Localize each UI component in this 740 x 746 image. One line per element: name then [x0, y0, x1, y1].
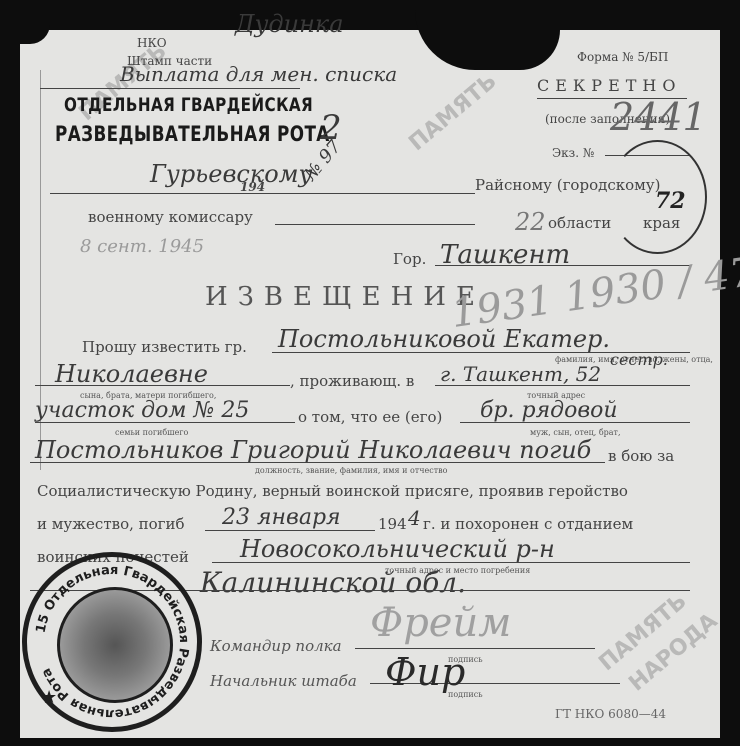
star-icon: ★ [41, 687, 57, 708]
rule [30, 462, 605, 463]
oblast-hand: 22 [515, 208, 546, 236]
secret-label: СЕКРЕТНО [537, 76, 682, 95]
signature-caption: подпись [448, 690, 483, 699]
unit-stamp-line1: ОТДЕЛЬНАЯ ГВАРДЕЙСКАЯ [64, 94, 313, 116]
rule [460, 422, 690, 423]
relation-value: бр. рядовой [480, 398, 618, 423]
rule [35, 422, 295, 423]
emblem-icon [57, 587, 173, 703]
torn-edge [0, 22, 50, 44]
handwritten-top: Дудинка [235, 10, 344, 38]
unit-stamp-line2: РАЗВЕДЫВАТЕЛЬНАЯ РОТА [55, 122, 330, 146]
oblast-label: области [548, 214, 611, 232]
burial-place: Новосокольнический р-н [240, 535, 555, 563]
rule [435, 385, 690, 386]
rule [355, 648, 595, 649]
year-prefix: 194 [240, 180, 265, 194]
caption: должность, звание, фамилия, имя и отчест… [255, 466, 447, 475]
death-label: и мужество, погиб [37, 515, 185, 533]
address-continued: участок дом № 25 [35, 398, 249, 423]
rule [35, 385, 290, 386]
handwritten-note: Выплата для мен. списка [120, 62, 397, 86]
residing-label: , проживающ. в [290, 372, 414, 390]
handwritten-district: Гурьевскому [150, 160, 312, 188]
document-title: ИЗВЕЩЕНИЕ [205, 282, 485, 312]
burial-label: г. и похоронен с отданием [423, 515, 633, 533]
address-value: г. Ташкент, 52 [440, 362, 601, 386]
chief-label: Начальник штаба [210, 672, 357, 690]
rule [212, 562, 690, 563]
krai-label: края [643, 214, 680, 232]
recipient-name: Постольниковой Екатер. [278, 325, 610, 353]
faint-note: 8 сент. 1945 [80, 236, 204, 257]
recipient-patronymic: Николаевне [55, 360, 208, 388]
copy-label: Экз. № [552, 146, 594, 160]
commander-label: Командир полка [210, 637, 342, 655]
commander-signature: Фрейм [370, 600, 511, 646]
torn-edge [415, 0, 560, 70]
rule [40, 88, 300, 89]
round-seal: 15 Отдельная Гвардейская Разведывательна… [22, 552, 202, 732]
org-label: НКО [137, 36, 167, 50]
print-code: ГТ НКО 6080—44 [555, 707, 666, 721]
body-line5: Социалистическую Родину, верный воинской… [37, 482, 628, 500]
burial-oblast: Калининской обл. [200, 566, 466, 599]
chief-signature: Фир [385, 650, 465, 694]
rule [280, 193, 475, 194]
death-date: 23 января [222, 505, 341, 530]
relation-hand: сестр. [610, 350, 668, 369]
death-year-suffix: 4 [408, 506, 421, 530]
form-number: Форма № 5/БП [577, 50, 668, 64]
about-label: о том, что ее (его) [298, 408, 442, 426]
raion-label: Райсному (городскому) [475, 176, 661, 194]
city-label: Гор. [393, 250, 426, 268]
year-prefix: 194 [378, 515, 407, 533]
deceased-name: Постольников Григорий Николаевич погиб [35, 436, 591, 464]
battle-label: в бою за [608, 447, 674, 465]
request-label: Прошу известить гр. [82, 338, 247, 356]
rule [275, 224, 475, 225]
handwritten-stamp-num: 2441 [610, 95, 707, 139]
rule [205, 530, 375, 531]
commissar-label: военному комиссару [88, 208, 253, 226]
torn-edge [20, 0, 220, 30]
